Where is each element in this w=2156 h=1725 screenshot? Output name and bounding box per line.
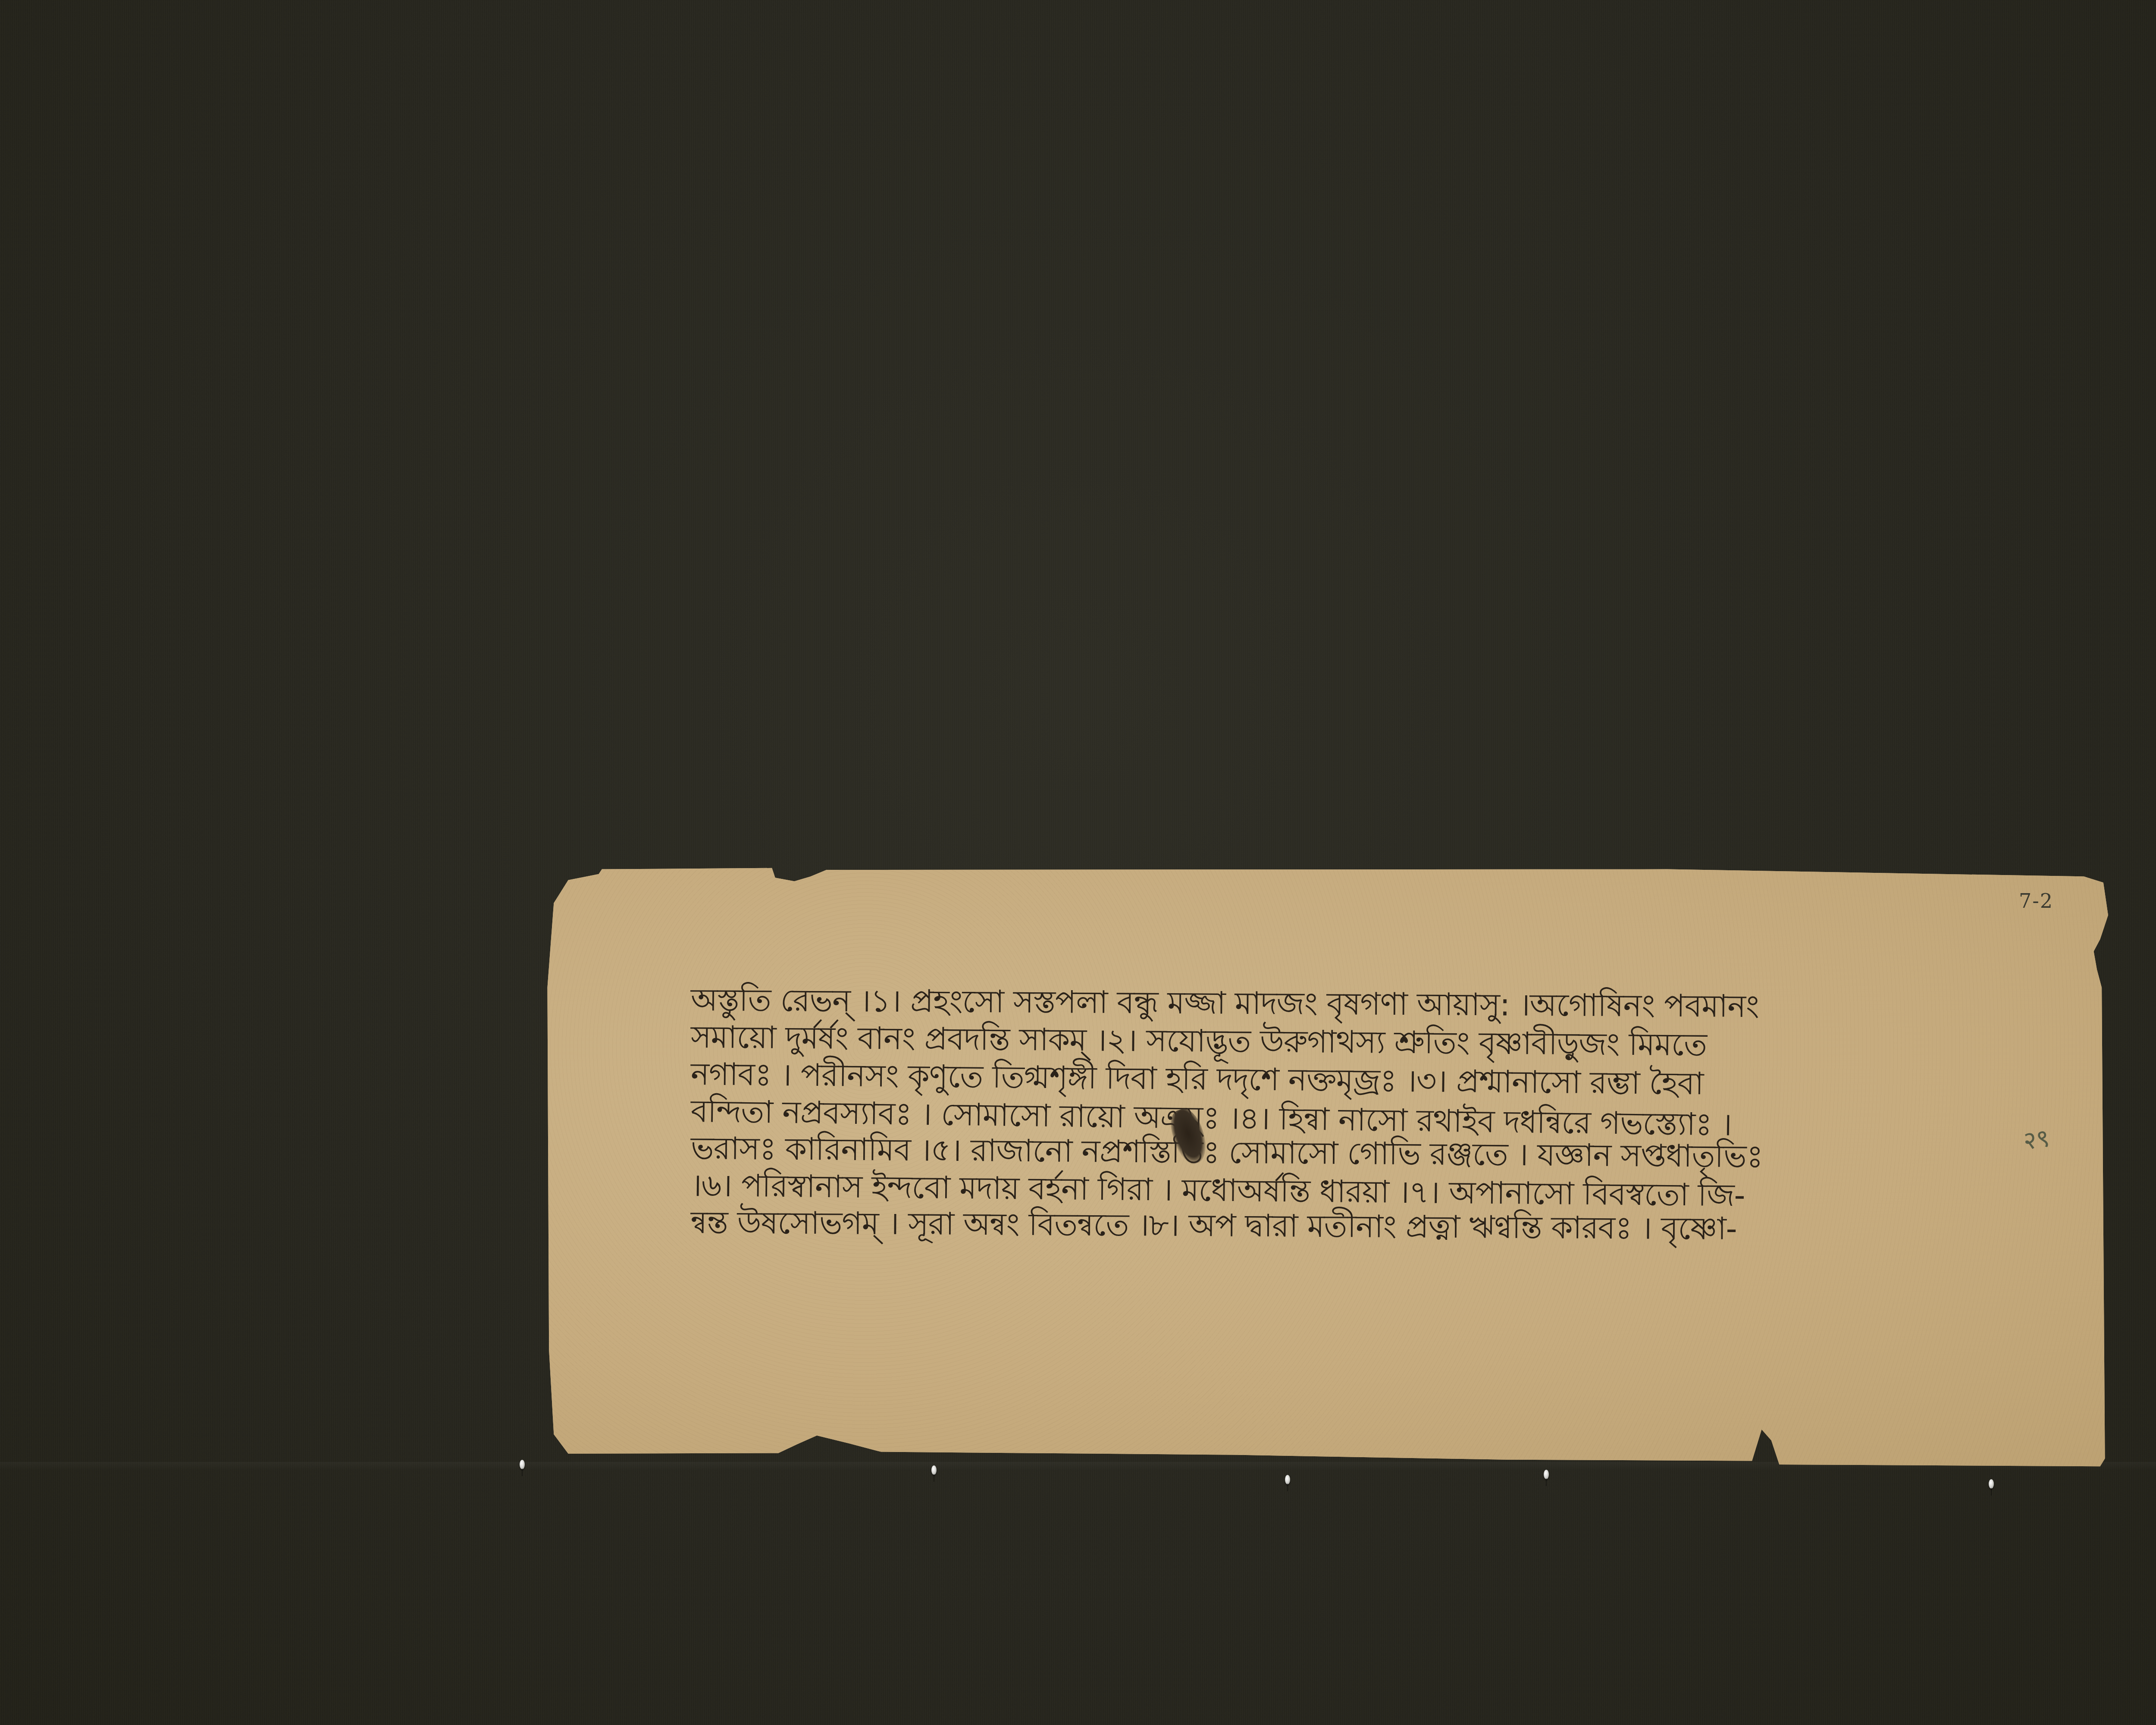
pin-icon <box>1544 1470 1549 1479</box>
text-line-5: ভরাসঃ কারিনামিব ।৫। রাজানো নপ্রশস্তিভিঃ … <box>691 1129 1955 1176</box>
pin-icon <box>520 1460 525 1469</box>
manuscript-text: অস্তুতি রেভন্‌ ।১। প্রহংসো সস্তপলা বন্ধু… <box>691 981 1954 1241</box>
text-line-6: ।৬। পরিস্বানাস ইন্দবো মদায় বর্হনা গিরা … <box>691 1167 1955 1216</box>
pin-icon <box>1989 1479 1994 1489</box>
text-line-1: অস্তুতি রেভন্‌ ।১। প্রহংসো সস্তপলা বন্ধু… <box>691 981 1954 1026</box>
text-line-2: সমায়ো দুর্মর্ষং বানং প্রবদন্তি সাকম্‌ ।… <box>691 1018 1955 1065</box>
text-line-7: ন্বন্ত উষসোভগম্‌ । সূরা অন্বং বিতন্বতে ।… <box>691 1204 1954 1248</box>
margin-annotation: २९ <box>2021 1120 2052 1157</box>
text-line-3: নগাবঃ । পরীনসং কৃণুতে তিগ্মশৃঙ্গী দিবা হ… <box>691 1055 1955 1104</box>
page-number: 7-2 <box>2019 889 2053 913</box>
ink-blot <box>1166 1105 1212 1167</box>
text-line-4: বন্দিতা নপ্রবস্যাবঃ । সোমাসো রায়ো অক্রম… <box>690 1092 1954 1146</box>
pin-icon <box>1285 1475 1290 1484</box>
pin-icon <box>931 1465 937 1475</box>
manuscript-leaf: 7-2 २९ অস্তুতি রেভন্‌ ।১। প্রহংসো সস্তপল… <box>544 867 2148 1471</box>
